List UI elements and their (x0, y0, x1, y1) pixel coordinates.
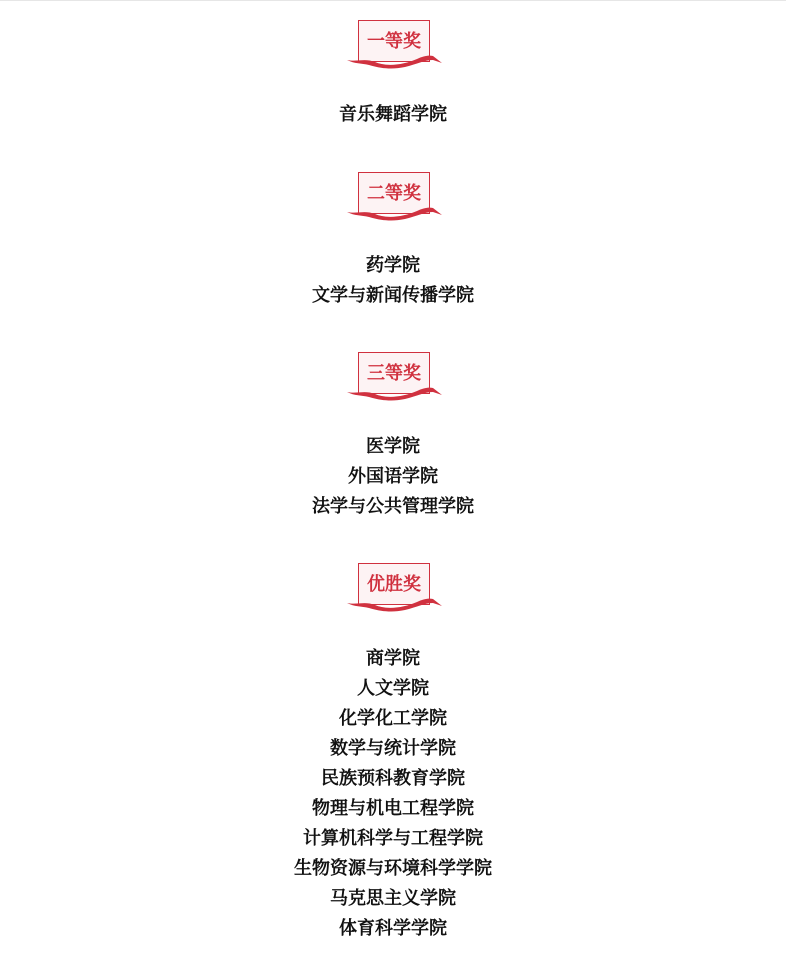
winner-item: 音乐舞蹈学院 (0, 100, 786, 130)
winner-item: 物理与机电工程学院 (0, 794, 786, 824)
winner-item: 医学院 (0, 432, 786, 462)
winner-item: 体育科学学院 (0, 914, 786, 944)
winner-item: 外国语学院 (0, 462, 786, 492)
winner-list-second: 药学院 文学与新闻传播学院 (0, 251, 786, 311)
winner-item: 马克思主义学院 (0, 884, 786, 914)
award-badge-second: 二等奖 (347, 172, 443, 224)
winner-item: 计算机科学与工程学院 (0, 824, 786, 854)
winner-item: 法学与公共管理学院 (0, 492, 786, 522)
badge-label: 一等奖 (367, 33, 421, 51)
badge-label: 二等奖 (367, 185, 421, 203)
ribbon-wave-icon (347, 385, 443, 403)
winner-item: 化学化工学院 (0, 704, 786, 734)
winner-item: 商学院 (0, 644, 786, 674)
winner-list-third: 医学院 外国语学院 法学与公共管理学院 (0, 432, 786, 522)
ribbon-wave-icon (347, 596, 443, 614)
winner-item: 文学与新闻传播学院 (0, 281, 786, 311)
winner-item: 生物资源与环境科学学院 (0, 854, 786, 884)
winner-item: 人文学院 (0, 674, 786, 704)
winner-item: 数学与统计学院 (0, 734, 786, 764)
winner-list-first: 音乐舞蹈学院 (0, 100, 786, 130)
badge-label: 优胜奖 (367, 576, 421, 594)
badge-label: 三等奖 (367, 365, 421, 383)
winner-list-honorable: 商学院 人文学院 化学化工学院 数学与统计学院 民族预科教育学院 物理与机电工程… (0, 644, 786, 944)
ribbon-wave-icon (347, 205, 443, 223)
ribbon-wave-icon (347, 53, 443, 71)
winner-item: 药学院 (0, 251, 786, 281)
winner-item: 民族预科教育学院 (0, 764, 786, 794)
award-badge-honorable: 优胜奖 (347, 563, 443, 615)
award-badge-third: 三等奖 (347, 352, 443, 404)
award-badge-first: 一等奖 (347, 20, 443, 72)
